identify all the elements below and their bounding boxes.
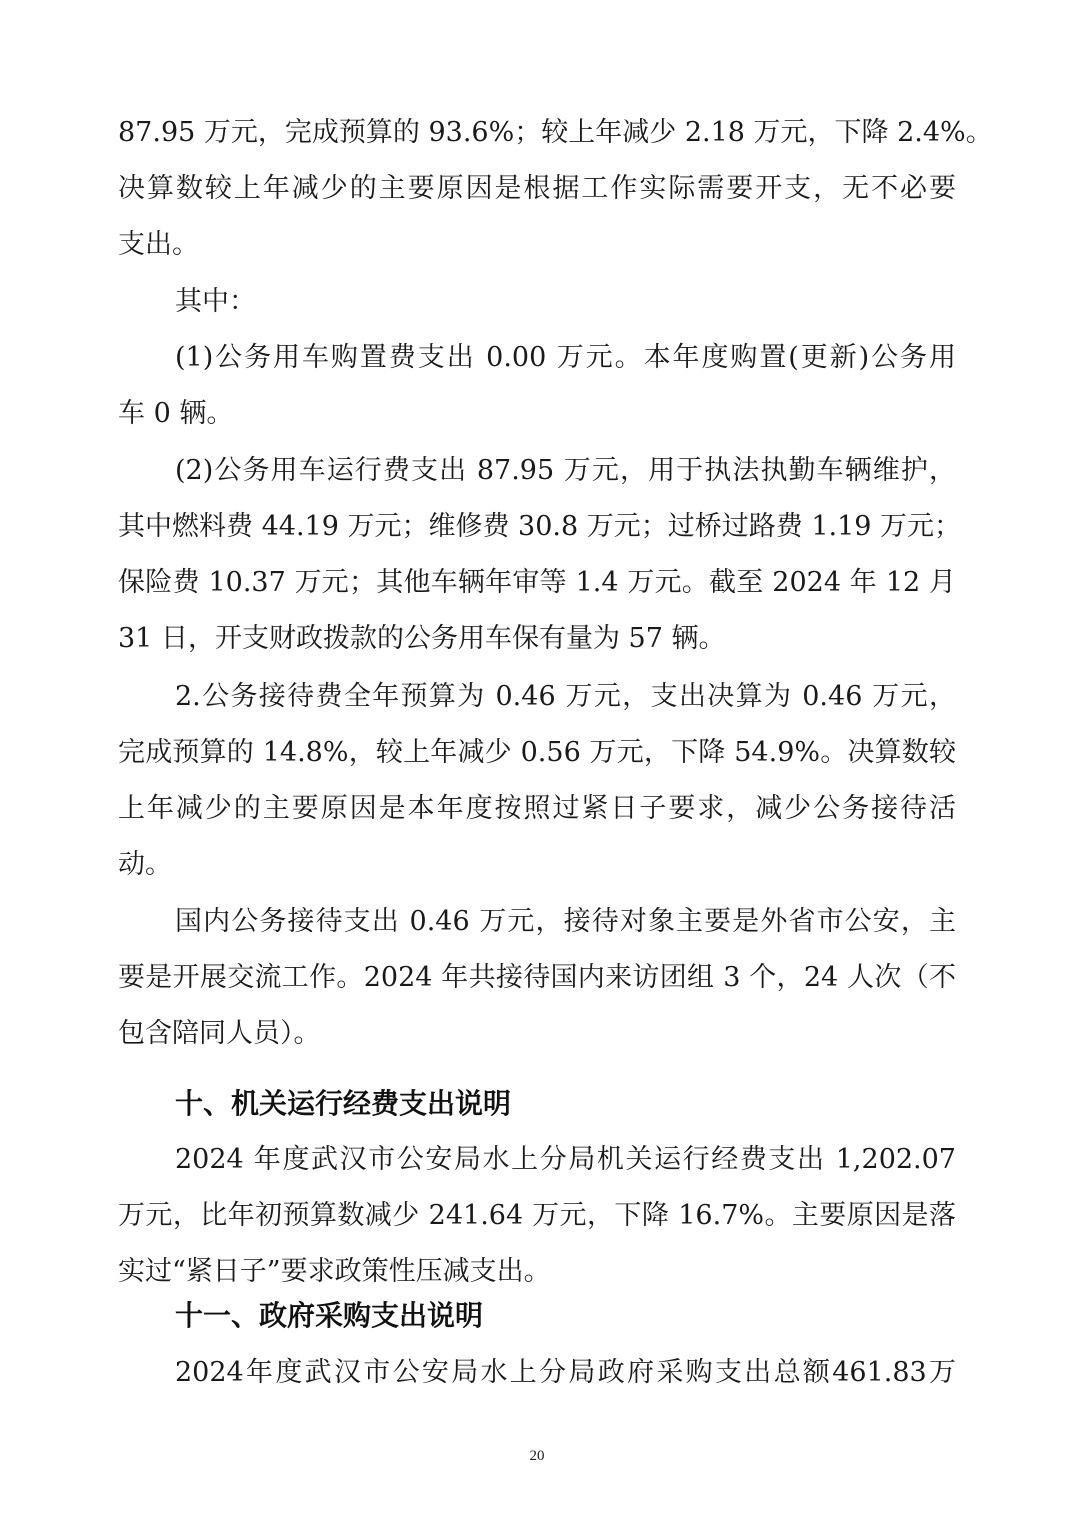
paragraph-line: (1)公务用车购置费支出 0.00 万元。本年度购置(更新)公务用 <box>175 338 956 378</box>
paragraph-line: 要是开展交流工作。2024 年共接待国内来访团组 3 个，24 人次（不 <box>118 958 956 998</box>
paragraph-line: 实过“紧日子”要求政策性压减支出。 <box>118 1252 956 1292</box>
paragraph-line: 国内公务接待支出 0.46 万元，接待对象主要是外省市公安，主 <box>175 902 956 942</box>
section-heading: 十、机关运行经费支出说明 <box>175 1084 511 1124</box>
paragraph-line: 包含陪同人员）。 <box>118 1014 956 1054</box>
page-number: 20 <box>0 1448 1074 1465</box>
paragraph-line: 决算数较上年减少的主要原因是根据工作实际需要开支，无不必要 <box>118 169 956 209</box>
paragraph-line: 31 日，开支财政拨款的公务用车保有量为 57 辆。 <box>118 619 956 659</box>
paragraph-line: 万元，比年初预算数减少 241.64 万元，下降 16.7%。主要原因是落 <box>118 1196 956 1236</box>
paragraph-line: 2.公务接待费全年预算为 0.46 万元，支出决算为 0.46 万元， <box>175 677 956 717</box>
paragraph-line: 上年减少的主要原因是本年度按照过紧日子要求，减少公务接待活 <box>118 789 956 829</box>
paragraph-line: 完成预算的 14.8%，较上年减少 0.56 万元，下降 54.9%。决算数较 <box>118 733 956 773</box>
paragraph-line: 2024 年度武汉市公安局水上分局机关运行经费支出 1,202.07 <box>175 1140 956 1180</box>
paragraph-line: 保险费 10.37 万元；其他车辆年审等 1.4 万元。截至 2024 年 12… <box>118 563 956 603</box>
paragraph-line: 支出。 <box>118 225 956 265</box>
paragraph-line: 动。 <box>118 845 956 885</box>
paragraph-line: 车 0 辆。 <box>118 394 956 434</box>
paragraph-line: 其中燃料费 44.19 万元；维修费 30.8 万元；过桥过路费 1.19 万元… <box>118 507 956 547</box>
paragraph-line: 其中： <box>175 282 956 322</box>
paragraph-line: 87.95 万元，完成预算的 93.6%；较上年减少 2.18 万元，下降 2.… <box>118 113 956 153</box>
document-page: 87.95 万元，完成预算的 93.6%；较上年减少 2.18 万元，下降 2.… <box>0 0 1074 1520</box>
section-heading: 十一、政府采购支出说明 <box>175 1296 483 1336</box>
paragraph-line: (2)公务用车运行费支出 87.95 万元，用于执法执勤车辆维护， <box>175 451 956 491</box>
paragraph-line: 2024年度武汉市公安局水上分局政府采购支出总额461.83万 <box>175 1353 956 1393</box>
